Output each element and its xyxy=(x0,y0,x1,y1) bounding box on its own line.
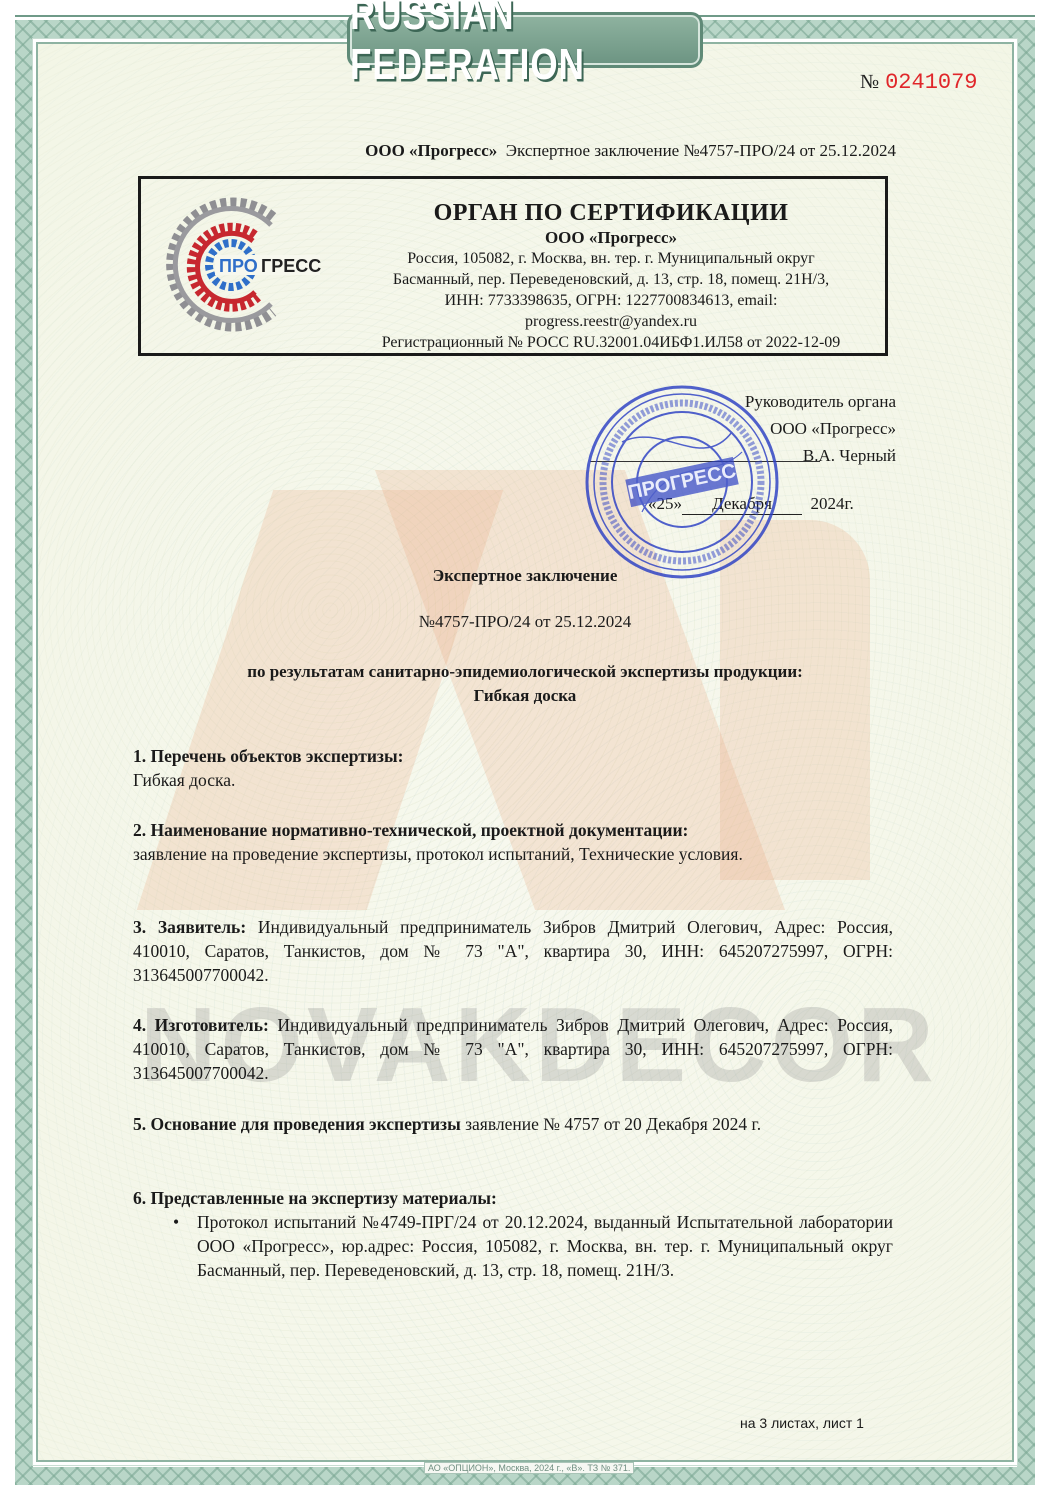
section-2-documentation: 2. Наименование нормативно-технической, … xyxy=(133,818,893,866)
section-text: Гибкая доска. xyxy=(133,768,893,792)
printer-imprint: АО «ОПЦИОН», Москва, 2024 г., «В». ТЗ № … xyxy=(424,1462,634,1474)
document-heading: Экспертное заключение xyxy=(140,566,910,586)
section-heading: 5. Основание для проведения экспертизы xyxy=(133,1114,461,1134)
section-5-basis: 5. Основание для проведения экспертизы з… xyxy=(133,1112,893,1136)
tax-ids-line: ИНН: 7733398635, ОГРН: 1227700834613, em… xyxy=(341,290,881,311)
cert-body-org: ООО «Прогресс» xyxy=(341,227,881,248)
section-1-objects: 1. Перечень объектов экспертизы: Гибкая … xyxy=(133,744,893,792)
document-subject: по результатам санитарно-эпидемиологичес… xyxy=(140,660,910,708)
page-count: на 3 листах, лист 1 xyxy=(740,1415,864,1431)
section-text: заявление на проведение экспертизы, прот… xyxy=(133,842,893,866)
email-line: progress.reestr@yandex.ru xyxy=(341,311,881,332)
header-text: Экспертное заключение №4757-ПРО/24 от 25… xyxy=(506,141,896,160)
official-seal-stamp-icon: ПРОГРЕСС xyxy=(582,382,782,582)
address-line: Россия, 105082, г. Москва, вн. тер. г. М… xyxy=(341,248,881,269)
date-year: 2024г. xyxy=(811,494,854,513)
svg-text:ГРЕСС: ГРЕСС xyxy=(261,256,321,276)
serial-value: 0241079 xyxy=(885,70,977,95)
section-text: заявление № 4757 от 20 Декабря 2024 г. xyxy=(465,1114,761,1134)
header-org: ООО «Прогресс» xyxy=(365,141,497,160)
cert-body-title: ОРГАН ПО СЕРТИФИКАЦИИ xyxy=(341,199,881,227)
banner-title: RUSSIAN FEDERATION xyxy=(350,0,700,90)
section-heading: 3. Заявитель: xyxy=(133,917,246,937)
section-heading: 1. Перечень объектов экспертизы: xyxy=(133,746,403,766)
section-heading: 2. Наименование нормативно-технической, … xyxy=(133,820,688,840)
product-name: Гибкая доска xyxy=(140,684,910,708)
svg-text:ПРО: ПРО xyxy=(219,256,258,276)
title-banner: RUSSIAN FEDERATION xyxy=(347,12,703,68)
section-4-manufacturer: 4. Изготовитель: Индивидуальный предприн… xyxy=(133,1013,893,1085)
progress-gear-logo-icon: ПРО ГРЕСС xyxy=(163,197,323,332)
section-3-applicant: 3. Заявитель: Индивидуальный предпринима… xyxy=(133,915,893,987)
section-heading: 6. Представленные на экспертизу материал… xyxy=(133,1188,497,1208)
subject-line: по результатам санитарно-эпидемиологичес… xyxy=(140,660,910,684)
number-sign: № xyxy=(860,71,879,93)
section-heading: 4. Изготовитель: xyxy=(133,1015,269,1035)
section-6-materials: 6. Представленные на экспертизу материал… xyxy=(133,1186,893,1282)
address-line: Басманный, пер. Переведеновский, д. 13, … xyxy=(341,269,881,290)
certification-body-details: ОРГАН ПО СЕРТИФИКАЦИИ ООО «Прогресс» Рос… xyxy=(341,199,881,353)
list-item: Протокол испытаний №4749-ПРГ/24 от 20.12… xyxy=(133,1210,893,1282)
serial-number: №0241079 xyxy=(860,68,978,95)
section-text: Индивидуальный предприниматель Зибров Дм… xyxy=(133,917,893,985)
document-number: №4757-ПРО/24 от 25.12.2024 xyxy=(140,612,910,632)
svg-text:ПРОГРЕСС: ПРОГРЕСС xyxy=(626,460,738,504)
certification-body-box: ПРО ГРЕСС ОРГАН ПО СЕРТИФИКАЦИИ ООО «Про… xyxy=(138,176,888,356)
document-header: ООО «Прогресс» Экспертное заключение №47… xyxy=(200,141,896,161)
registration-line: Регистрационный № РОСС RU.32001.04ИБФ1.И… xyxy=(341,332,881,353)
materials-list: Протокол испытаний №4749-ПРГ/24 от 20.12… xyxy=(133,1210,893,1282)
